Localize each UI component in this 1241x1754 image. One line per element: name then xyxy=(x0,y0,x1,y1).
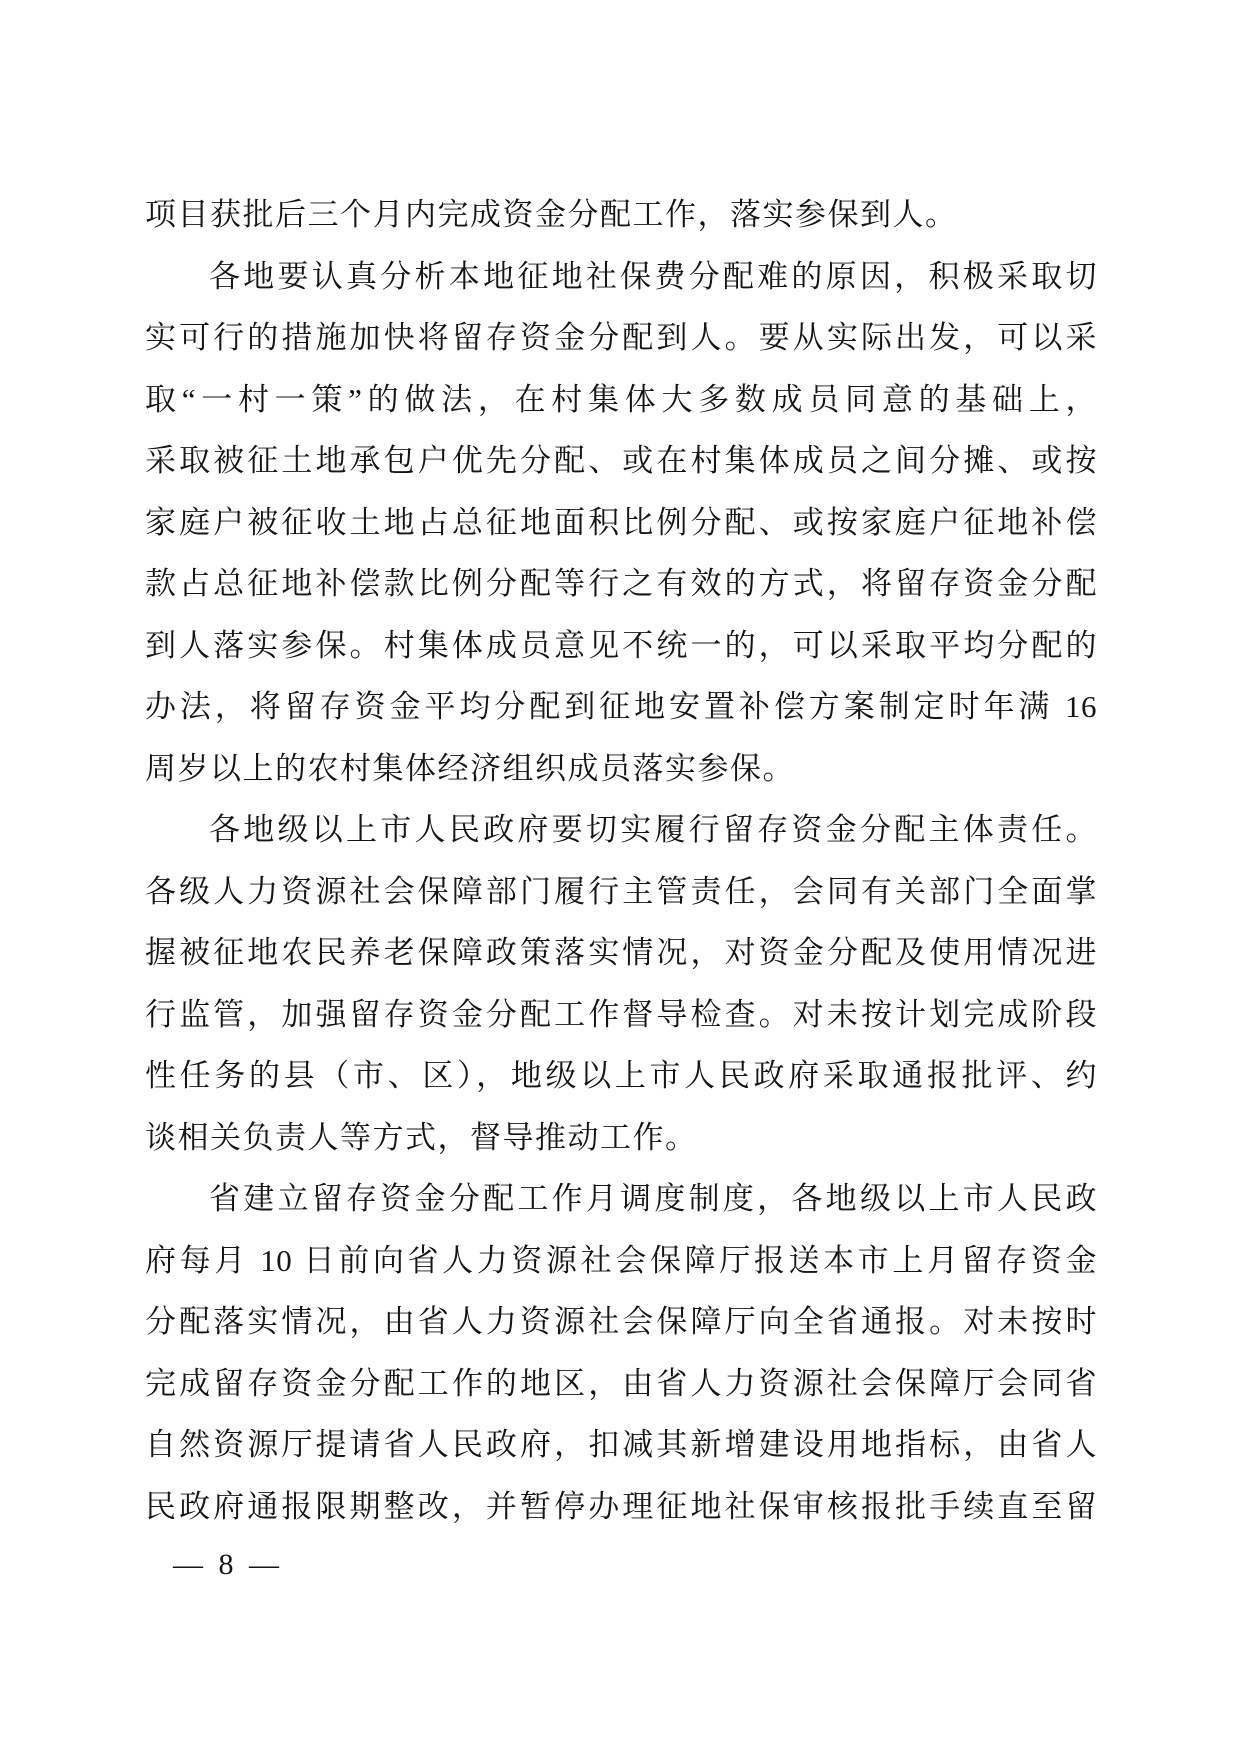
body-line: 自然资源厅提请省人民政府，扣减其新增建设用地指标，由省人 xyxy=(145,1414,1097,1476)
body-line: 采取被征土地承包户优先分配、或在村集体成员之间分摊、或按 xyxy=(145,430,1097,492)
body-line: 省建立留存资金分配工作月调度制度，各地级以上市人民政 xyxy=(145,1168,1097,1230)
body-line: 各地级以上市人民政府要切实履行留存资金分配主体责任。 xyxy=(145,799,1097,861)
body-line: 项目获批后三个月内完成资金分配工作，落实参保到人。 xyxy=(145,184,1097,246)
body-line: 到人落实参保。村集体成员意见不统一的，可以采取平均分配的 xyxy=(145,615,1097,677)
document-body: 项目获批后三个月内完成资金分配工作，落实参保到人。 各地要认真分析本地征地社保费… xyxy=(145,184,1097,1537)
body-line: 各地要认真分析本地征地社保费分配难的原因，积极采取切 xyxy=(145,246,1097,308)
body-line: 民政府通报限期整改，并暂停办理征地社保审核报批手续直至留 xyxy=(145,1476,1097,1538)
body-line: 周岁以上的农村集体经济组织成员落实参保。 xyxy=(145,738,1097,800)
body-line: 办法，将留存资金平均分配到征地安置补偿方案制定时年满 16 xyxy=(145,676,1097,738)
body-line: 家庭户被征收土地占总征地面积比例分配、或按家庭户征地补偿 xyxy=(145,492,1097,554)
body-line: 府每月 10 日前向省人力资源社会保障厅报送本市上月留存资金 xyxy=(145,1230,1097,1292)
body-line: 性任务的县（市、区），地级以上市人民政府采取通报批评、约 xyxy=(145,1045,1097,1107)
body-line: 分配落实情况，由省人力资源社会保障厅向全省通报。对未按时 xyxy=(145,1291,1097,1353)
page-number: — 8 — xyxy=(173,1548,283,1582)
document-page: 项目获批后三个月内完成资金分配工作，落实参保到人。 各地要认真分析本地征地社保费… xyxy=(0,0,1241,1754)
body-line: 各级人力资源社会保障部门履行主管责任，会同有关部门全面掌 xyxy=(145,861,1097,923)
body-line: 取“一村一策”的做法，在村集体大多数成员同意的基础上， xyxy=(145,369,1097,431)
body-line: 行监管，加强留存资金分配工作督导检查。对未按计划完成阶段 xyxy=(145,984,1097,1046)
body-line: 实可行的措施加快将留存资金分配到人。要从实际出发，可以采 xyxy=(145,307,1097,369)
body-line: 完成留存资金分配工作的地区，由省人力资源社会保障厅会同省 xyxy=(145,1353,1097,1415)
body-line: 谈相关负责人等方式，督导推动工作。 xyxy=(145,1107,1097,1169)
body-line: 款占总征地补偿款比例分配等行之有效的方式，将留存资金分配 xyxy=(145,553,1097,615)
body-line: 握被征地农民养老保障政策落实情况，对资金分配及使用情况进 xyxy=(145,922,1097,984)
